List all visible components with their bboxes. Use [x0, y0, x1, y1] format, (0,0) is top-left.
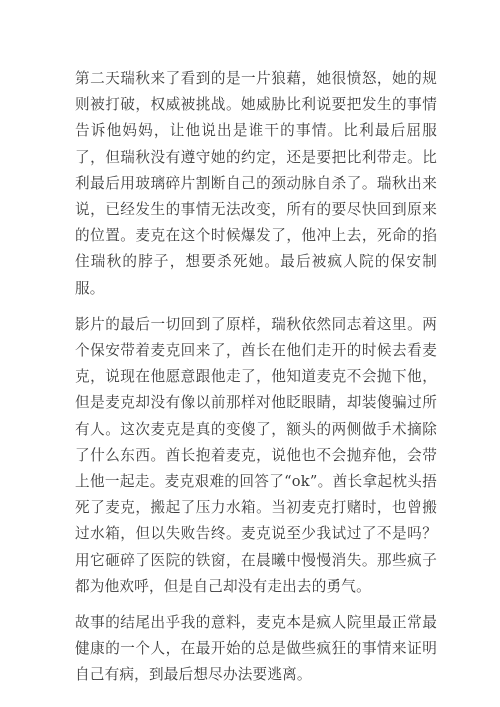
document-page: 第二天瑞秋来了看到的是一片狼藉，她很愤怒，她的规则被打破，权威被挑战。她威胁比利…	[75, 66, 437, 689]
paragraph-1: 第二天瑞秋来了看到的是一片狼藉，她很愤怒，她的规则被打破，权威被挑战。她威胁比利…	[75, 66, 437, 302]
paragraph-2: 影片的最后一切回到了原样，瑞秋依然同志着这里。两个保安带着麦克回来了，酋长在他们…	[75, 312, 437, 600]
paragraph-3: 故事的结尾出乎我的意料，麦克本是疯人院里最正常最健康的一个人，在最开始的总是做些…	[75, 610, 437, 689]
